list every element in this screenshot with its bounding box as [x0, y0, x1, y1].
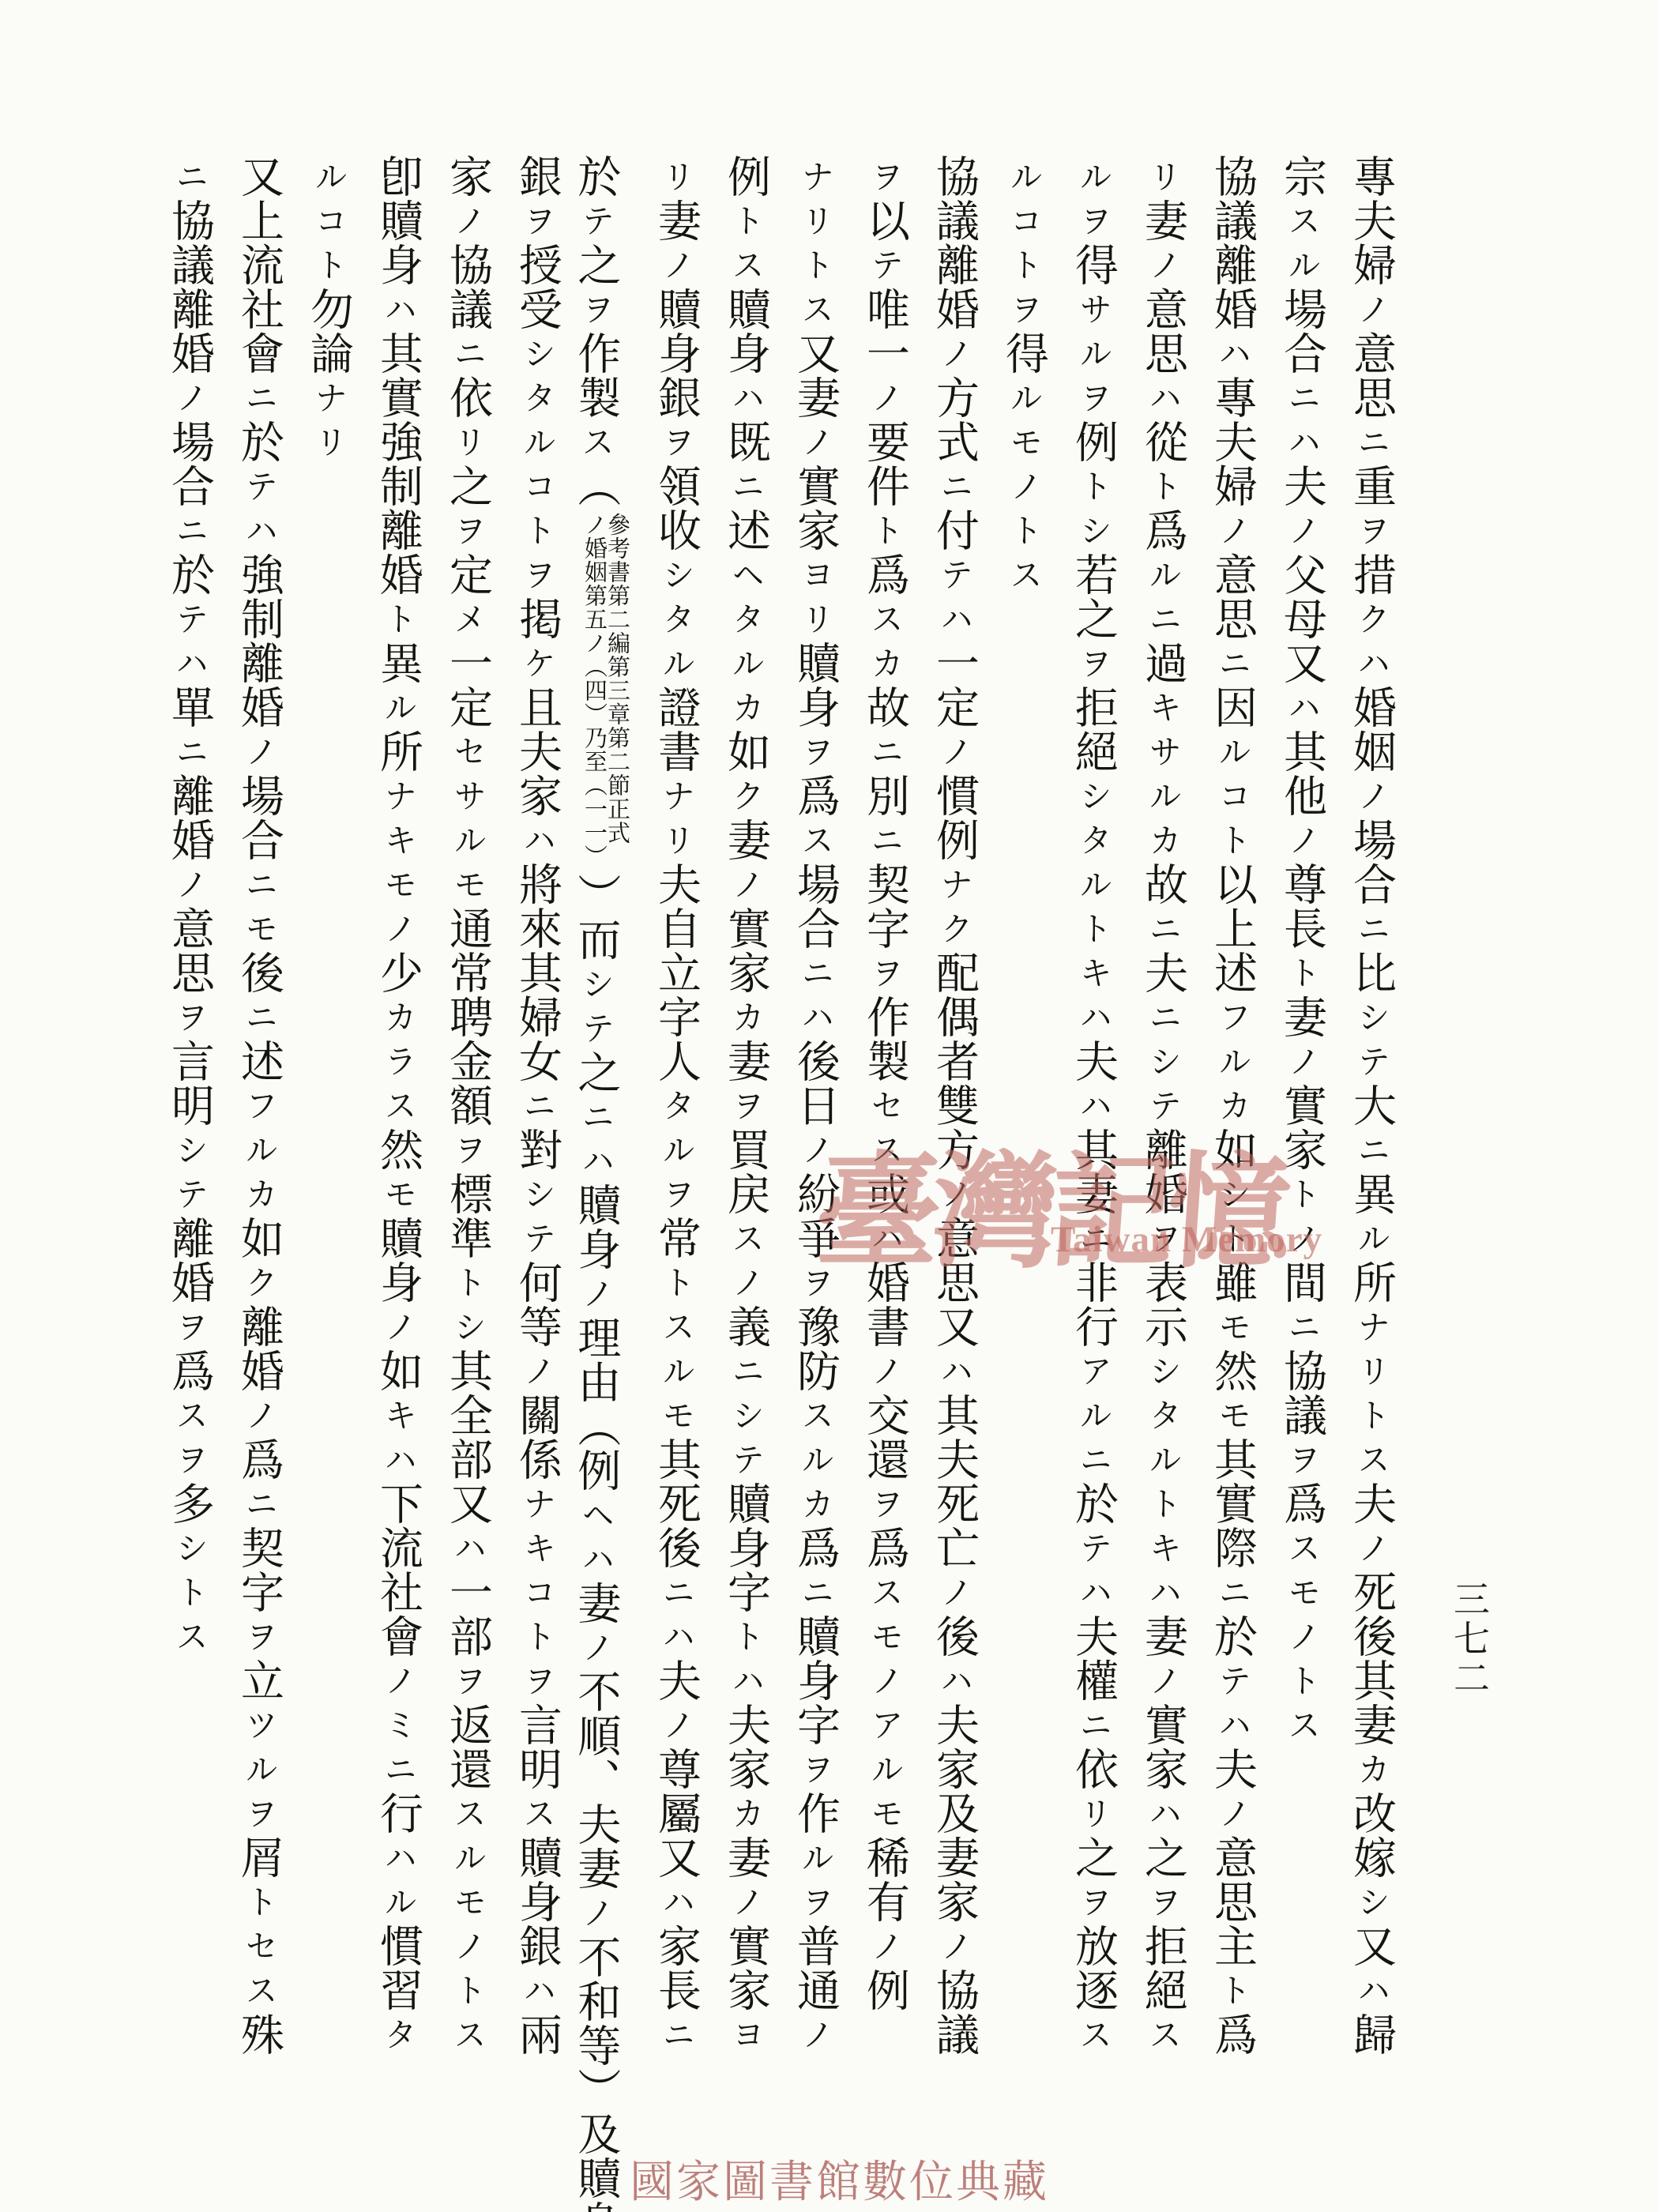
text-column: リ妻ノ贖身銀ヲ領收シタル證書ナリ夫自立字人タルヲ常トスルモ其死後ニハ夫ノ尊屬又ハ…: [654, 154, 698, 2105]
text-column: ナリトス又妻ノ實家ヨリ贖身ヲ爲ス場合ニハ後日ノ紛爭ヲ豫防スルカ爲ニ贖身字ヲ作ルヲ…: [793, 154, 837, 2105]
text-column: リ妻ノ意思ハ從ト爲ルニ過キサルカ故ニ夫ニシテ離婚ヲ表示シタルトキハ妻ノ實家ハ之ヲ…: [1141, 154, 1184, 2105]
text-column: 協議離婚ノ方式ニ付テハ一定ノ慣例ナク配偶者雙方ノ意思又ハ其夫死亡ノ後ハ夫家及妻家…: [932, 154, 976, 2105]
text-column: 家ノ協議ニ依リ之ヲ定メ一定セサルモ通常聘金額ヲ標準トシ其全部又ハ一部ヲ返還スルモ…: [446, 154, 489, 2105]
text-column: ニ協議離婚ノ場合ニ於テハ單ニ離婚ノ意思ヲ言明シテ離婚ヲ爲スヲ多シトス: [167, 154, 211, 2105]
inline-reference-note: 參考書第二編第三章第二節正式ノ婚姻第五ノ（四）乃至（一一）: [582, 513, 628, 868]
library-caption: 國家圖書館數位典藏: [630, 2147, 1049, 2210]
scan-noise: [0, 0, 1, 1]
text-column: 協議離婚ハ專夫婦ノ意思ニ因ルコト以上述フルカ如シト雖モ然モ其實際ニ於テハ夫ノ意思…: [1210, 154, 1254, 2105]
text-column: ヲ以テ唯一ノ要件ト爲スカ故ニ別ニ契字ヲ作製セス或ハ婚書ノ交還ヲ爲スモノアルモ稀有…: [863, 154, 906, 2105]
body-text: 專夫婦ノ意思ニ重ヲ措クハ婚姻ノ場合ニ比シテ大ニ異ル所ナリトス夫ノ死後其妻カ改嫁シ…: [167, 154, 1393, 2105]
text-column: 宗スル場合ニハ夫ノ父母又ハ其他ノ尊長ト妻ノ實家トノ間ニ協議ヲ爲スモノトス: [1280, 154, 1323, 2105]
text-column: 又上流社會ニ於テハ強制離婚ノ場合ニモ後ニ述フルカ如ク離婚ノ爲ニ契字ヲ立ツルヲ屑ト…: [237, 154, 280, 2105]
text-column: 於テ之ヲ作製ス（參考書第二編第三章第二節正式ノ婚姻第五ノ（四）乃至（一一））而シ…: [585, 154, 628, 2105]
text-column: 銀ヲ授受シタルコトヲ掲ケ且夫家ハ將來其婦女ニ對シテ何等ノ關係ナキコトヲ言明ス贖身…: [515, 154, 559, 2105]
page-number: 三七二: [1443, 1580, 1495, 1698]
text-column: ルコトヲ得ルモノトス: [1002, 154, 1045, 2105]
text-column: 專夫婦ノ意思ニ重ヲ措クハ婚姻ノ場合ニ比シテ大ニ異ル所ナリトス夫ノ死後其妻カ改嫁シ…: [1349, 154, 1393, 2105]
scanned-book-page: 專夫婦ノ意思ニ重ヲ措クハ婚姻ノ場合ニ比シテ大ニ異ル所ナリトス夫ノ死後其妻カ改嫁シ…: [0, 0, 1659, 2212]
text-column: ルコト勿論ナリ: [307, 154, 350, 2105]
text-column: 卽贖身ハ其實強制離婚ト異ル所ナキモノ少カラス然モ贖身ノ如キハ下流社會ノミニ行ハル…: [376, 154, 419, 2105]
text-column: 例トス贖身ハ既ニ述ヘタルカ如ク妻ノ實家カ妻ヲ買戻スノ義ニシテ贖身字トハ夫家カ妻ノ…: [724, 154, 767, 2105]
text-column: ルヲ得サルヲ例トシ若之ヲ拒絕シタルトキハ夫ハ其妻ニ非行アルニ於テハ夫權ニ依リ之ヲ…: [1071, 154, 1115, 2105]
